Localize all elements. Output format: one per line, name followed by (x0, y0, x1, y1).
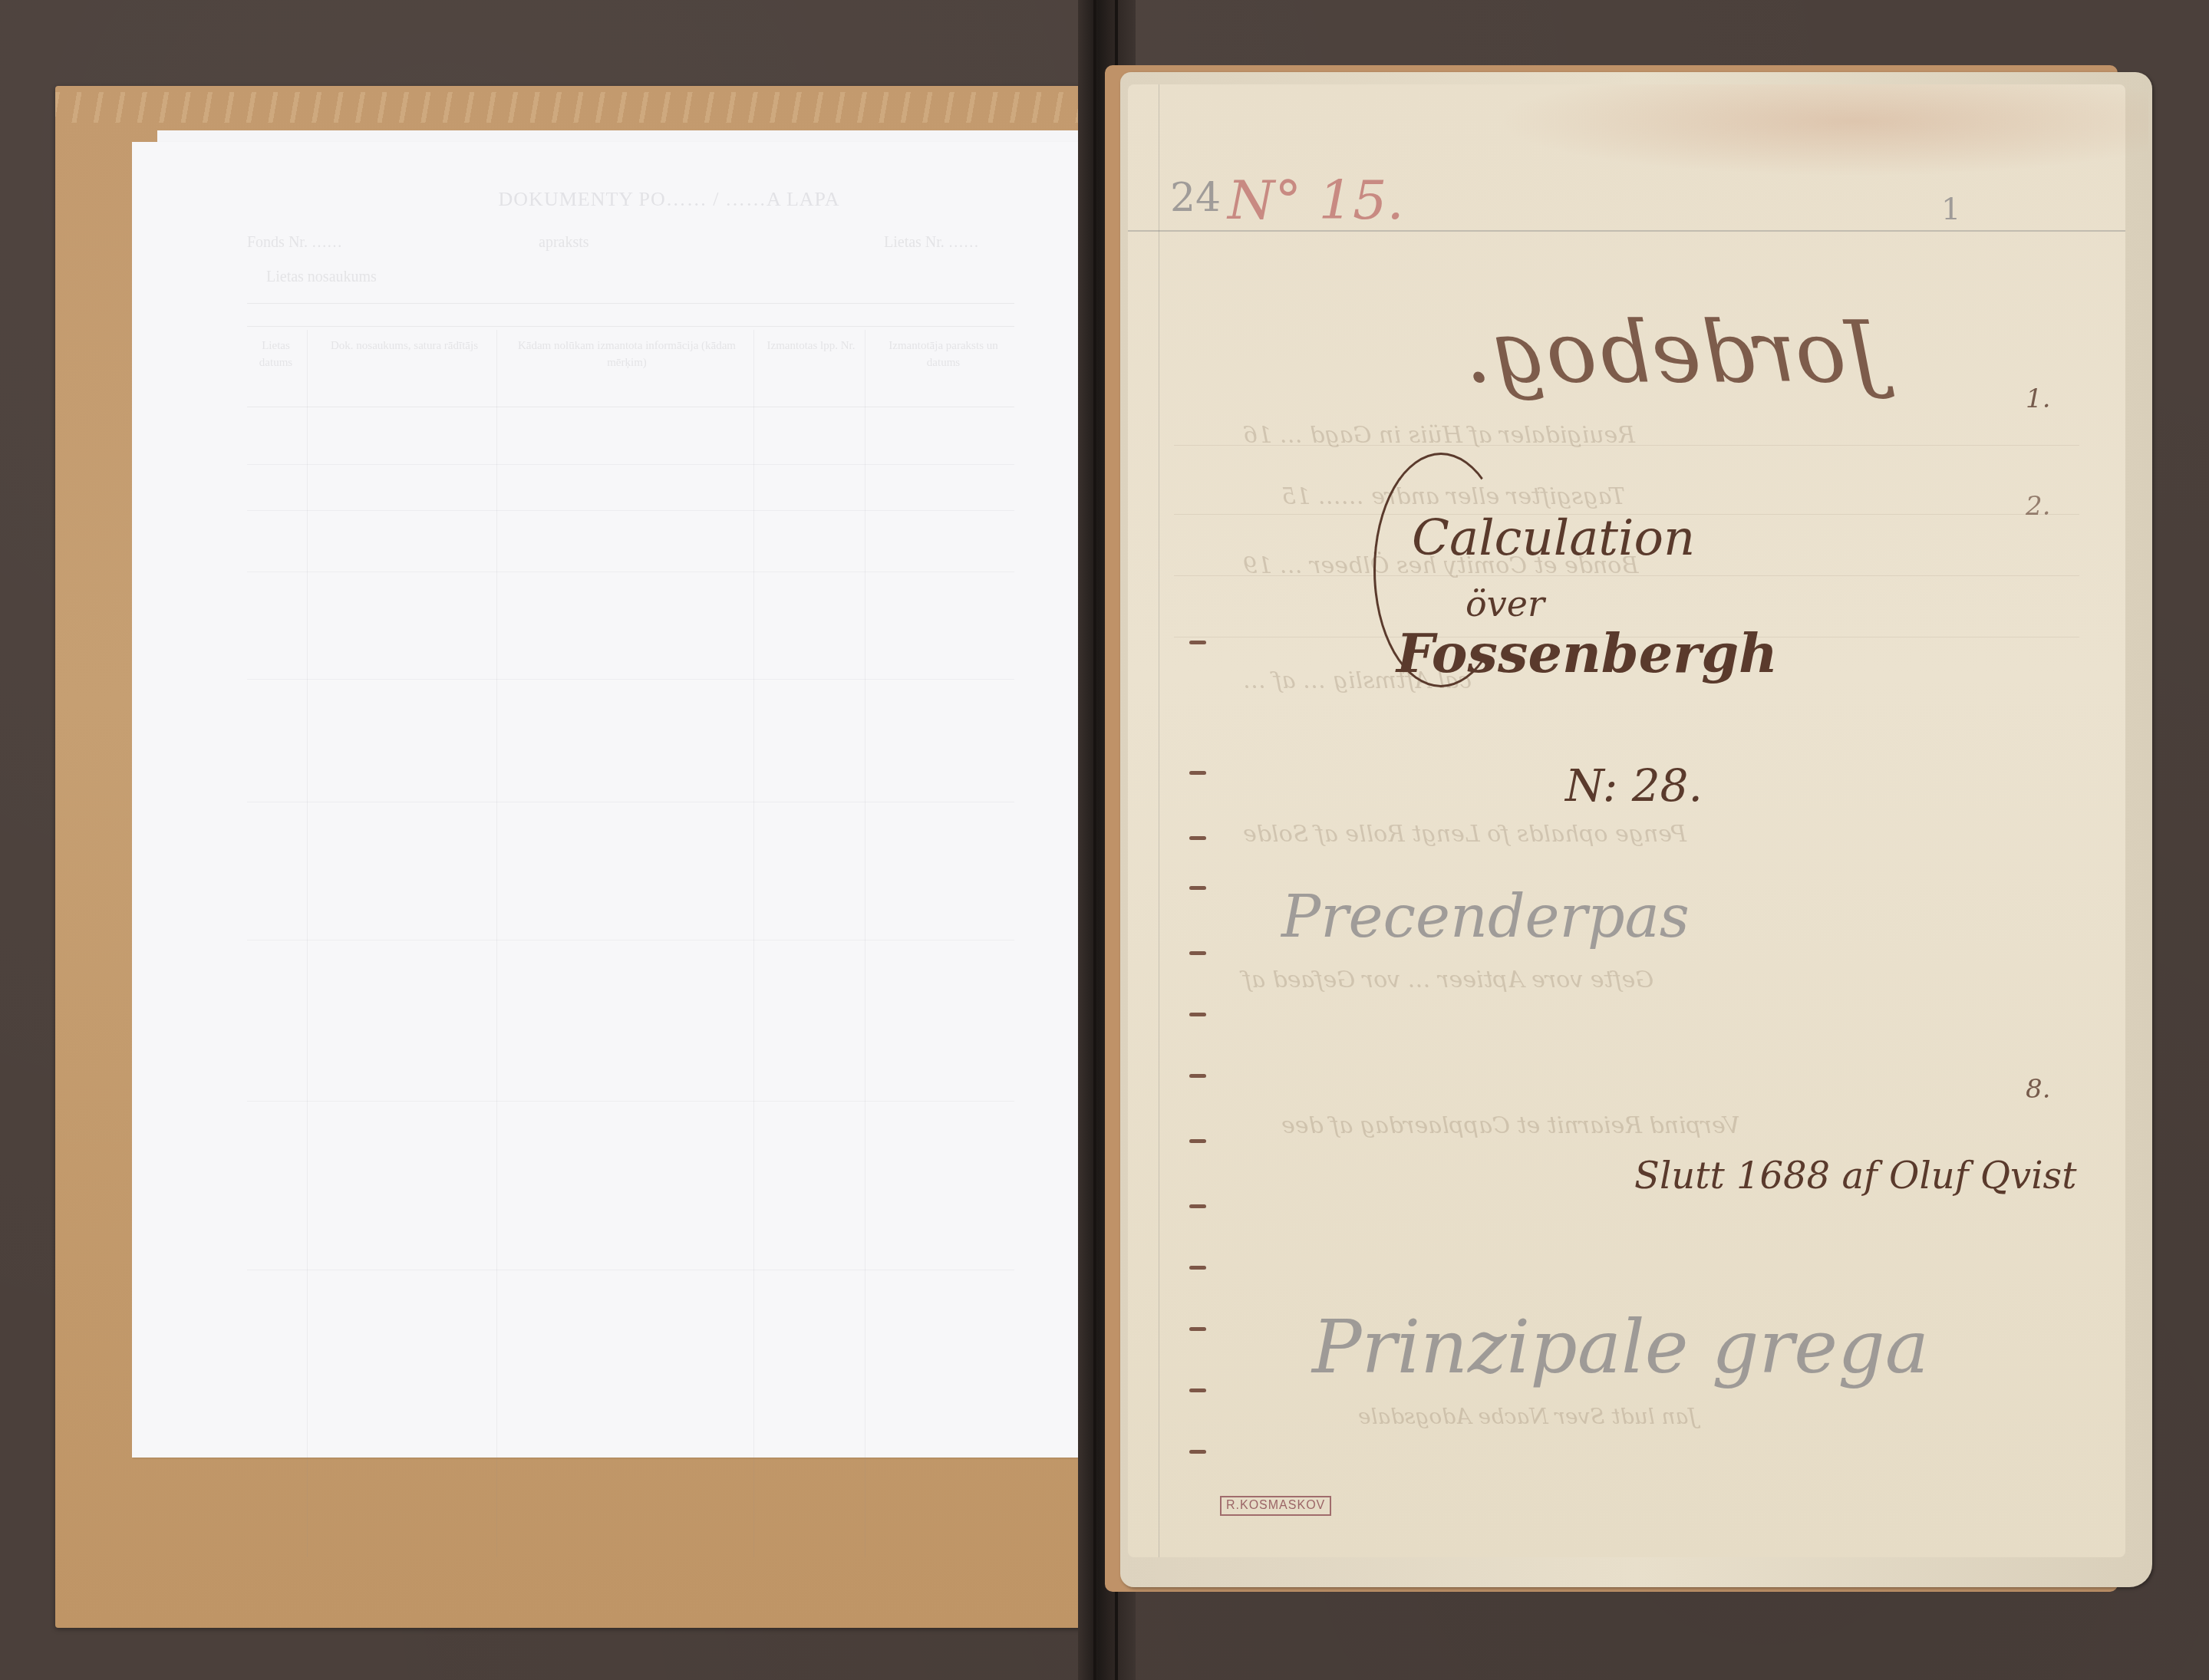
margin-dash (1189, 641, 1206, 644)
archive-stamp: R.KOSMASKOV (1220, 1496, 1331, 1516)
form-rule (247, 326, 1014, 327)
margin-dash (1189, 1139, 1206, 1143)
form-column-divider (865, 330, 865, 1557)
form-column-header: Izmantotas lpp. Nr. (761, 338, 861, 354)
bleed-through-text: Verpind Reiarnit et Capplaerdag af dee (1281, 1112, 1740, 1139)
spine-groove (1093, 0, 1096, 1680)
pencil-annotation-1: Precenderpas (1281, 882, 1690, 950)
form-row-line (247, 1101, 1014, 1102)
pencil-page-number: 24 (1170, 175, 1221, 221)
title-fossenbergh: Fossenbergh (1396, 621, 1778, 685)
margin-number: 2. (2026, 491, 2050, 522)
form-column-divider (307, 330, 308, 1557)
water-stain (1496, 84, 2148, 176)
form-row-line (247, 940, 1014, 940)
margin-dash (1189, 886, 1206, 890)
form-row-line (247, 1270, 1014, 1270)
bleed-through-text: Gefte vore Aptieer … vor Gefaed af (1243, 967, 1653, 993)
form-row-line (247, 572, 1014, 572)
margin-number: 1. (2026, 384, 2050, 414)
pencil-annotation-2: Prinzipale grega (1312, 1304, 1929, 1390)
form-column-divider (753, 330, 754, 1557)
bleed-through-text: Penge ophalds fo Lengt Rolle af Solde (1243, 821, 1686, 848)
bleed-through-text: Jan ludt Sver Nacbe Adogsdale (1358, 1404, 1696, 1429)
title-calculation: Calculation (1412, 510, 1695, 567)
mirrored-heading: Jordebog. (1466, 303, 1880, 401)
form-rule (247, 407, 1014, 407)
margin-dash (1189, 951, 1206, 955)
margin-dash (1189, 1327, 1206, 1331)
form-meta-row2: Lietas nosaukums (266, 268, 377, 286)
form-column-header: Lietas datums (247, 338, 305, 371)
margin-dash (1189, 1013, 1206, 1016)
form-column-divider (496, 330, 497, 1557)
red-item-number: N° 15. (1228, 169, 1404, 232)
margin-dash (1189, 836, 1206, 840)
margin-dash (1189, 1450, 1206, 1454)
form-column-header: Kādam nolūkam izmantota informācija (kād… (508, 338, 746, 371)
form-row-line (247, 464, 1014, 465)
form-column-header: Izmantotāja paraksts un datums (872, 338, 1014, 371)
form-row-line (247, 679, 1014, 680)
title-over: över (1466, 583, 1545, 624)
form-rule (247, 303, 1014, 304)
form-meta-lieta: Lietas Nr. …… (884, 234, 979, 252)
margin-dash (1189, 1266, 1206, 1270)
margin-number: 8. (2026, 1074, 2050, 1105)
form-row-line (247, 510, 1014, 511)
margin-dash (1189, 1074, 1206, 1078)
margin-dash (1189, 771, 1206, 775)
page-margin-rule (1159, 84, 1159, 1557)
form-meta-apraksts: apraksts (539, 234, 589, 252)
folio-mark: 1 (1941, 192, 1960, 227)
form-meta-fonds: Fonds Nr. …… (247, 234, 342, 252)
manuscript-title-page: Reuigidaler af Hüis in Gagd … 16 Tagsgif… (1128, 84, 2125, 1557)
form-column-header: Dok. nosaukums, satura rādītājs (316, 338, 493, 354)
usage-record-form: DOKUMENTY PO…… / ……A LAPA Fonds Nr. …… a… (132, 142, 1080, 1458)
form-title: DOKUMENTY PO…… / ……A LAPA (439, 188, 899, 211)
cover-crease (55, 92, 1099, 123)
form-row-line (247, 802, 1014, 802)
number-label: N: 28. (1565, 759, 1703, 812)
manuscript-volume: Reuigidaler af Hüis in Gagd … 16 Tagsgif… (1105, 61, 2156, 1596)
margin-dash (1189, 1204, 1206, 1208)
bleed-through-text: Reuigidaler af Hüis in Gagd … 16 (1243, 422, 1635, 449)
margin-dash (1189, 1388, 1206, 1392)
signature-line: Slutt 1688 af Oluf Qvist (1634, 1155, 2076, 1197)
